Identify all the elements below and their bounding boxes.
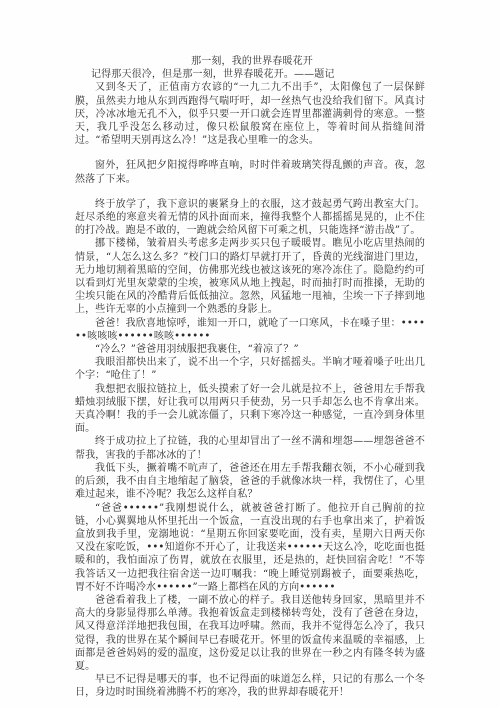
paragraph-warmth: 爸爸看着我上了楼，一副不放心的样子。我目送他转身回家，黑暗里并不高大的身影显得那…	[75, 594, 425, 673]
paragraph-complaint: 终于成功拉上了拉链，我的心里却冒出了一丝不满和埋怨——埋怨爸爸不帮我，害我的手都…	[75, 435, 425, 461]
paragraph-zipper: 我想把衣服拉链拉上，低头摸索了好一会儿就是拉不上，爸爸用左手帮我蜡烛羽绒服下摆，…	[75, 383, 425, 436]
spacer	[75, 147, 425, 159]
paragraph-winter: 又到冬天了，正值南方农谚的“一九二九不出手”，太阳像包了一层保鲜膜，虽然卖力地从…	[75, 81, 425, 147]
paragraph-window: 窗外，狂风把夕阳搅得哗哗直响，时时伴着玻璃笑得乱颤的声音。夜，忽然落了下来。	[75, 159, 425, 185]
paragraph-after-school: 终于放学了，我下意识的裹紧身上的衣服，这才鼓起勇气跨出教室大门。赶尽杀绝的寒意夹…	[75, 198, 425, 238]
spacer	[75, 186, 425, 198]
paragraph-tears: 我眼泪都快出来了，说不出一个字，只好摇摇头。半晌才哑着嗓子吐出几个字：“呛住了！…	[75, 356, 425, 382]
paragraph-lunchbox: “爸爸••••••”我刚想说什么，就被爸爸打断了。他拉开自己胸前的拉链，小心翼翼…	[75, 502, 425, 594]
epigraph: 记得那天很冷，但是那一刻，世界春暖花开。——题记	[75, 68, 425, 81]
document-page: 那一刻，我的世界春暖花开 记得那天很冷，但是那一刻，世界春暖花开。——题记 又到…	[0, 0, 500, 708]
paragraph-realization: 我低下头，撅着嘴不吭声了，爸爸还在用左手帮我翻衣领，不小心碰到我的后颈，我不由自…	[75, 462, 425, 502]
paragraph-dad-call: 爸爸！我欣喜地惊呼，谁知一开口，就呛了一口寒风，卡在嗓子里：••••••咳咳咳•…	[75, 317, 425, 343]
paragraph-cold-question: “冷么？”爸爸用羽绒服把我裹住，“着凉了？”	[75, 343, 425, 356]
essay-title: 那一刻，我的世界春暖花开	[75, 55, 425, 68]
paragraph-ending: 早已不记得是哪天的事，也不记得面的味道怎么样，只记的有那么一个冬日，身边时时围绕…	[75, 673, 425, 699]
essay-body: 那一刻，我的世界春暖花开 记得那天很冷，但是那一刻，世界春暖花开。——题记 又到…	[75, 55, 425, 700]
paragraph-stairs: 挪下楼梯，皱着眉头考虑多走两步买只包子暖暖胃。瞧见小吃店里热闹的情景，“人怎么这…	[75, 237, 425, 316]
